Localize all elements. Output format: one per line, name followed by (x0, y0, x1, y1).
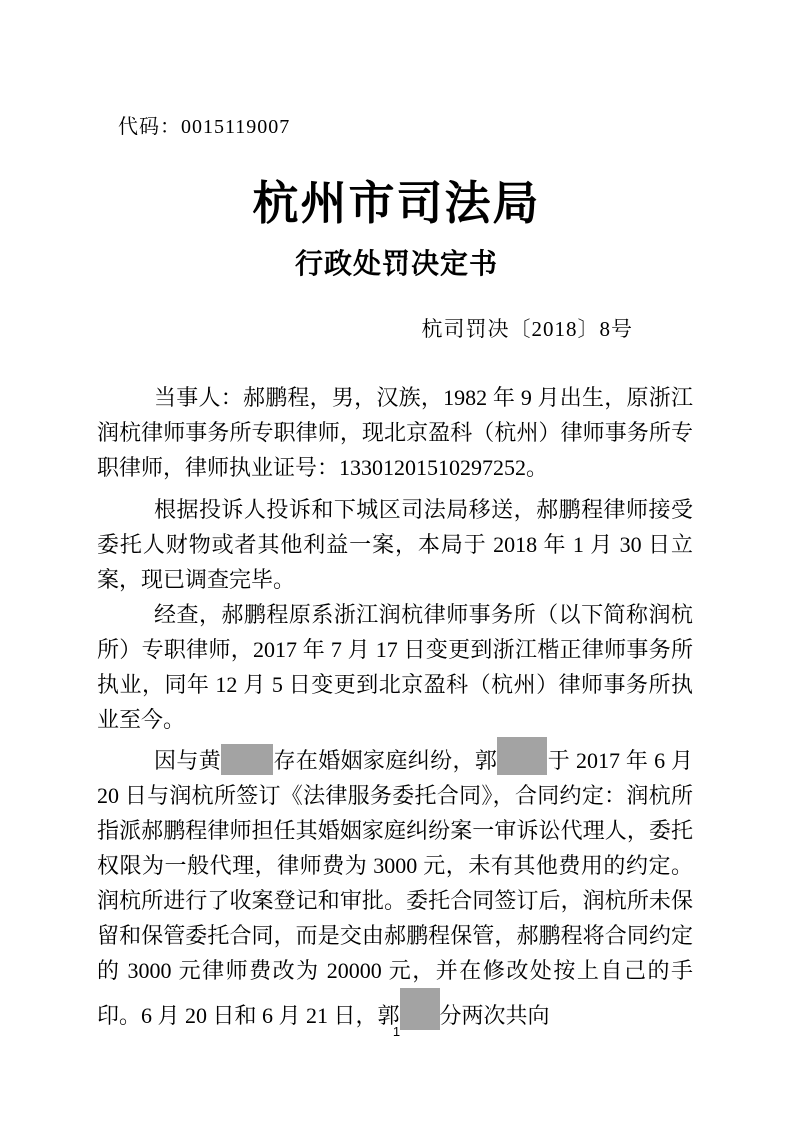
paragraph-text: 经查，郝鹏程原系浙江润杭律师事务所（以下简称润杭所）专职律师，2017 年 7 … (97, 602, 693, 732)
paragraph-case-filing: 根据投诉人投诉和下城区司法局移送，郝鹏程律师接受委托人财物或者其他利益一案，本局… (97, 492, 693, 597)
paragraph-text: 根据投诉人投诉和下城区司法局移送，郝鹏程律师接受委托人财物或者其他利益一案，本局… (97, 497, 693, 592)
paragraph-text: 存在婚姻家庭纠纷，郭 (273, 748, 497, 773)
paragraph-text: 于 2017 年 6 月 20 日与润杭所签订《法律服务委托合同》，合同约定：润… (97, 748, 693, 1028)
document-type-subtitle: 行政处罚决定书 (0, 249, 793, 281)
document-page: 代码：0015119007 杭州市司法局 行政处罚决定书 杭司罚决〔2018〕8… (0, 0, 793, 1122)
paragraph-text: 因与黄 (154, 748, 221, 773)
paragraph-text: 当事人：郝鹏程，男，汉族，1982 年 9 月出生，原浙江润杭律师事务所专职律师… (97, 385, 693, 480)
page-number: 1 (0, 1024, 793, 1039)
document-body: 当事人：郝鹏程，男，汉族，1982 年 9 月出生，原浙江润杭律师事务所专职律师… (97, 380, 693, 1033)
redaction-box (221, 744, 273, 775)
document-number: 杭司罚决〔2018〕8号 (422, 313, 634, 343)
paragraph-case-details: 因与黄存在婚姻家庭纠纷，郭于 2017 年 6 月 20 日与润杭所签订《法律服… (97, 737, 693, 1033)
document-code: 代码：0015119007 (118, 110, 290, 139)
paragraph-party-info: 当事人：郝鹏程，男，汉族，1982 年 9 月出生，原浙江润杭律师事务所专职律师… (97, 380, 693, 485)
issuing-authority-title: 杭州市司法局 (0, 178, 793, 231)
redaction-box (497, 737, 547, 775)
paragraph-investigation-findings: 经查，郝鹏程原系浙江润杭律师事务所（以下简称润杭所）专职律师，2017 年 7 … (97, 597, 693, 737)
